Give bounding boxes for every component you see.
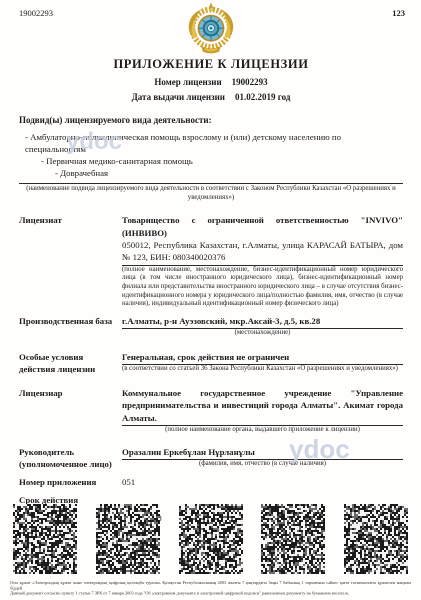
datamatrix-barcode: [344, 504, 408, 574]
field-licensee: Лицензиат Товарищество с ограниченной от…: [19, 214, 403, 309]
issue-date-value: 01.02.2019 год: [235, 92, 290, 102]
license-appendix-document: 19002293 123: [0, 0, 421, 600]
datamatrix-barcode: [13, 504, 77, 574]
datamatrix-barcode: [96, 504, 160, 574]
divider: [19, 183, 403, 184]
subtype-item: - Доврачебная: [19, 167, 403, 179]
field-licensor: Лицензиар Коммунальное государственное у…: [19, 387, 403, 435]
datamatrix-barcode: [179, 504, 243, 574]
subtype-item: - Амбулаторно-поликлиническая помощь взр…: [19, 131, 403, 155]
license-issue-date-row: Дата выдачи лицензии01.02.2019 год: [19, 92, 403, 102]
field-caption: (в соответствии со статьей 36 Закона Рес…: [122, 365, 403, 374]
field-label: Лицензиар: [19, 387, 122, 399]
page-number: 123: [392, 8, 405, 18]
footer-line-kazakh: Осы құжат «Электрондық құжат және электр…: [10, 581, 411, 592]
subtypes-caption: (наименование подвида лицензируемого вид…: [19, 185, 403, 202]
field-caption: (полное наименование органа, выдавшего п…: [122, 426, 403, 435]
field-label: Производственная база: [19, 315, 122, 327]
field-label: Руководитель (уполномоченное лицо): [19, 446, 122, 470]
field-caption: (местонахождение): [122, 329, 403, 338]
field-head: Руководитель (уполномоченное лицо) Ораза…: [19, 446, 403, 470]
production-base-value: г.Алматы, р-н Ауэзовский, мкр.Аксай-3, д…: [122, 315, 403, 327]
barcode-row: [13, 504, 408, 574]
document-number: 19002293: [19, 8, 53, 18]
issue-date-label: Дата выдачи лицензии: [132, 92, 225, 102]
field-production-base: Производственная база г.Алматы, р-н Ауэз…: [19, 315, 403, 338]
field-label: Лицензиат: [19, 214, 122, 226]
footer-line-russian: Данный документ согласно пункту 1 статьи…: [10, 592, 411, 597]
subtype-item: - Первичная медико-санитарная помощь: [19, 155, 403, 167]
licensee-address: 050012, Республика Казахстан, г.Алматы, …: [122, 239, 403, 264]
field-label: Особые условия действия лицензии: [19, 351, 122, 375]
field-special-conditions: Особые условия действия лицензии Генерал…: [19, 351, 403, 375]
head-name: Оразалин Еркебұлан Нұрланұлы: [122, 446, 403, 458]
license-number-label: Номер лицензии: [154, 77, 221, 87]
document-title: ПРИЛОЖЕНИЕ К ЛИЦЕНЗИИ: [19, 57, 403, 72]
field-caption: (полное наименование, местонахождение, б…: [122, 266, 403, 309]
licensor-value: Коммунальное государственное учреждение …: [122, 387, 403, 424]
datamatrix-barcode: [261, 504, 325, 574]
field-label: Номер приложения: [19, 476, 122, 488]
licensee-name: Товарищество с ограниченной ответственно…: [122, 214, 403, 239]
license-number-value: 19002293: [232, 77, 268, 87]
field-caption: (фамилия, имя, отчество (в случае наличи…: [122, 460, 403, 469]
document-body: ПРИЛОЖЕНИЕ К ЛИЦЕНЗИИ Номер лицензии1900…: [19, 57, 403, 554]
field-appendix-number: Номер приложения 051: [19, 476, 403, 488]
legal-footer: Осы құжат «Электрондық құжат және электр…: [0, 581, 421, 597]
subtypes-heading: Подвид(ы) лицензируемого вида деятельнос…: [19, 115, 403, 125]
kazakhstan-emblem-icon: [185, 2, 237, 56]
appendix-number-value: 051: [122, 476, 403, 488]
license-number-row: Номер лицензии19002293: [19, 77, 403, 87]
special-conditions-value: Генеральная, срок действия не ограничен: [122, 351, 403, 363]
